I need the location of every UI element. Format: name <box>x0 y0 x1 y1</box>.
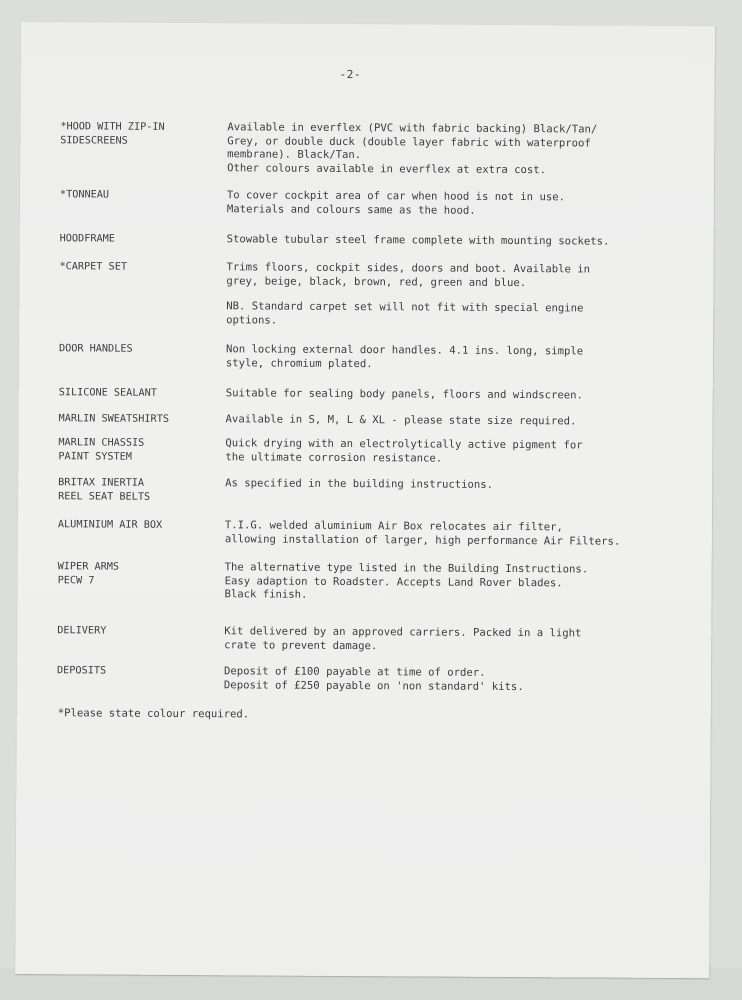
item-label: SILICONE SEALANT <box>59 386 226 401</box>
item-label: MARLIN CHASSIS PAINT SYSTEM <box>58 436 225 464</box>
item-label: HOODFRAME <box>60 232 227 247</box>
entries-list: *HOOD WITH ZIP-IN SIDESCREENSAvailable i… <box>21 22 715 26</box>
item-label: WIPER ARMS PECW 7 <box>57 560 224 602</box>
item-description: T.I.G. welded aluminium Air Box relocate… <box>225 519 678 549</box>
list-item: DELIVERYKit delivered by an approved car… <box>57 624 677 655</box>
description-paragraph: Stowable tubular steel frame complete wi… <box>227 233 680 249</box>
item-label: DELIVERY <box>57 624 224 652</box>
item-label: *TONNEAU <box>60 188 227 216</box>
item-description: Trims floors, cockpit sides, doors and b… <box>226 261 679 330</box>
list-item: HOODFRAMEStowable tubular steel frame co… <box>60 232 680 249</box>
document-page: -2- *HOOD WITH ZIP-IN SIDESCREENSAvailab… <box>15 22 715 978</box>
list-item: WIPER ARMS PECW 7The alternative type li… <box>57 560 677 604</box>
item-description: Deposit of £100 payable at time of order… <box>224 665 677 695</box>
list-item: MARLIN CHASSIS PAINT SYSTEMQuick drying … <box>58 436 678 467</box>
description-paragraph: As specified in the building instruction… <box>225 477 678 493</box>
description-paragraph: NB. Standard carpet set will not fit wit… <box>226 300 679 330</box>
item-label: *CARPET SET <box>59 260 226 327</box>
item-label: DEPOSITS <box>57 664 224 692</box>
description-paragraph: Quick drying with an electrolytically ac… <box>225 437 678 467</box>
item-label: DOOR HANDLES <box>59 342 226 370</box>
item-description: Suitable for sealing body panels, floors… <box>226 387 679 403</box>
description-paragraph: The alternative type listed in the Build… <box>224 561 677 604</box>
list-item: MARLIN SWEATSHIRTSAvailable in S, M, L &… <box>59 412 679 429</box>
list-item: *CARPET SETTrims floors, cockpit sides, … <box>59 260 679 330</box>
description-paragraph: Non locking external door handles. 4.1 i… <box>226 343 679 373</box>
item-description: Non locking external door handles. 4.1 i… <box>226 343 679 373</box>
description-paragraph: Available in everflex (PVC with fabric b… <box>227 121 680 178</box>
item-description: To cover cockpit area of car when hood i… <box>227 189 680 219</box>
list-item: BRITAX INERTIA REEL SEAT BELTSAs specifi… <box>58 476 678 507</box>
item-label: ALUMINIUM AIR BOX <box>58 518 225 546</box>
footnote: *Please state colour required. <box>58 707 249 720</box>
item-description: Available in everflex (PVC with fabric b… <box>227 121 680 178</box>
description-paragraph: Suitable for sealing body panels, floors… <box>226 387 679 403</box>
item-description: Available in S, M, L & XL - please state… <box>226 413 679 429</box>
description-paragraph: Trims floors, cockpit sides, doors and b… <box>226 261 679 291</box>
description-paragraph: Kit delivered by an approved carriers. P… <box>224 625 677 655</box>
item-label: BRITAX INERTIA REEL SEAT BELTS <box>58 476 225 504</box>
item-description: Kit delivered by an approved carriers. P… <box>224 625 677 655</box>
item-label: MARLIN SWEATSHIRTS <box>59 412 226 427</box>
item-description: As specified in the building instruction… <box>225 477 678 507</box>
description-paragraph: T.I.G. welded aluminium Air Box relocate… <box>225 519 678 549</box>
page-number: -2- <box>340 68 361 81</box>
item-label: *HOOD WITH ZIP-IN SIDESCREENS <box>60 120 227 175</box>
list-item: *TONNEAUTo cover cockpit area of car whe… <box>60 188 680 219</box>
description-paragraph: To cover cockpit area of car when hood i… <box>227 189 680 219</box>
list-item: SILICONE SEALANTSuitable for sealing bod… <box>59 386 679 403</box>
list-item: *HOOD WITH ZIP-IN SIDESCREENSAvailable i… <box>60 120 680 178</box>
description-paragraph: Deposit of £100 payable at time of order… <box>224 665 677 695</box>
list-item: DOOR HANDLESNon locking external door ha… <box>59 342 679 373</box>
list-item: DEPOSITSDeposit of £100 payable at time … <box>57 664 677 695</box>
item-description: Stowable tubular steel frame complete wi… <box>227 233 680 249</box>
item-description: The alternative type listed in the Build… <box>224 561 677 604</box>
item-description: Quick drying with an electrolytically ac… <box>225 437 678 467</box>
list-item: ALUMINIUM AIR BOXT.I.G. welded aluminium… <box>58 518 678 549</box>
description-paragraph: Available in S, M, L & XL - please state… <box>226 413 679 429</box>
